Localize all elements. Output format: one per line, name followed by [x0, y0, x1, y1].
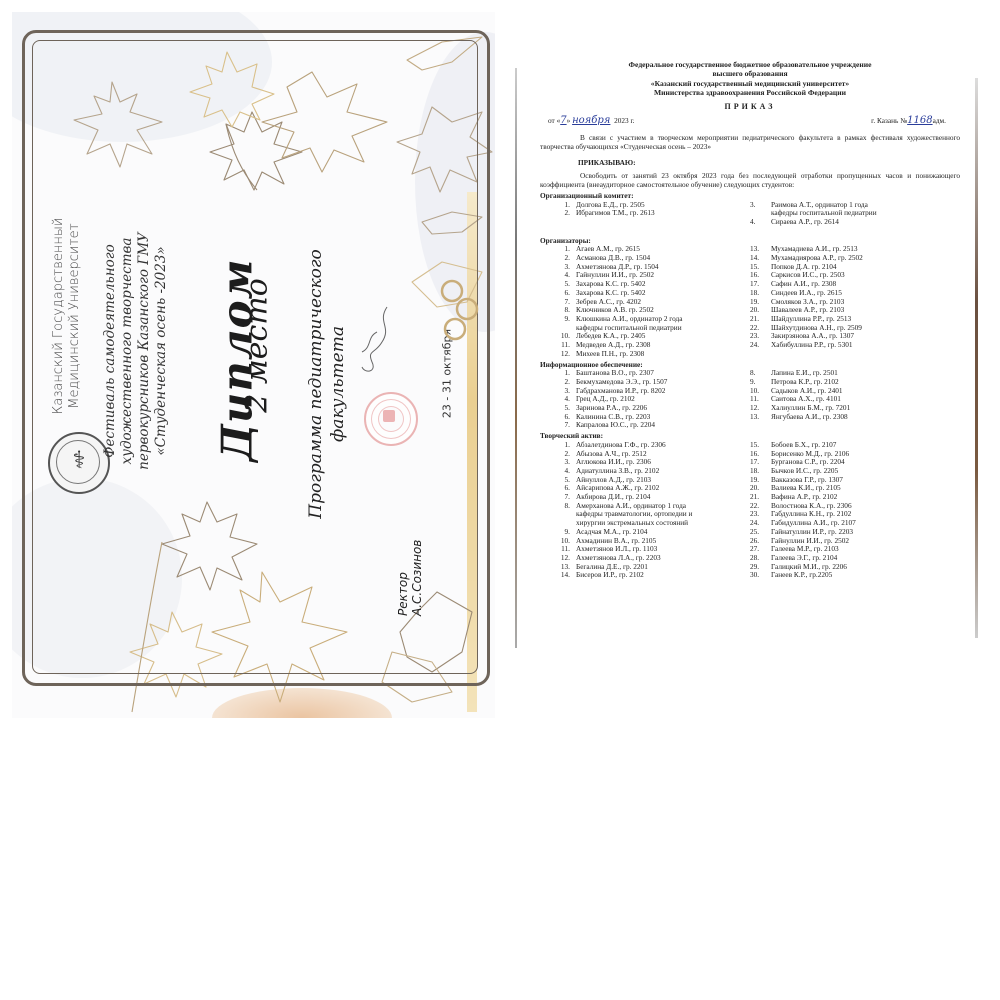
- list-item-number: 13.: [540, 563, 576, 572]
- student-column-left: 1.Баштанова В.О., гр. 23072.Бекмухамедов…: [540, 369, 750, 430]
- list-item-number: 3.: [540, 387, 576, 396]
- festival-line: Фестиваль самодеятельного: [102, 201, 119, 501]
- list-item: 2.Ибрагимов Т.М., гр. 2613: [540, 209, 750, 218]
- document-type: ПРИКАЗ: [540, 103, 960, 112]
- list-item-number: 2.: [540, 209, 576, 218]
- list-item-number: 5.: [540, 280, 576, 289]
- student-section: Творческий актив:1.Абзалетдинова Г.Ф., г…: [540, 432, 960, 580]
- ordering-heading: ПРИКАЗЫВАЮ:: [578, 159, 960, 168]
- list-item: 30.Ганеев К.Р., гр.2205: [750, 571, 960, 580]
- student-column-right: 15.Бобоев Б.Х., гр. 210716.Борисенко М.Д…: [750, 441, 960, 580]
- diploma-certificate: Казанский Государственный Медицинский Ун…: [12, 12, 495, 718]
- list-item: 11.Медведев А.Д., гр. 2308: [540, 341, 750, 350]
- program-name: Программа педиатрического факультета: [305, 234, 349, 534]
- program-line: факультета: [327, 234, 349, 534]
- list-item-text: Ганеев К.Р., гр.2205: [771, 571, 832, 580]
- list-item-number: 5.: [540, 476, 576, 485]
- university-name: Казанский Государственный Медицинский Ун…: [51, 186, 83, 446]
- list-item: 14.Бисеров И.Р., гр. 2102: [540, 571, 750, 580]
- list-item-number: 1.: [540, 369, 576, 378]
- list-item-number: 3.: [540, 458, 576, 467]
- list-item-number: 4.: [540, 395, 576, 404]
- date-year: 2023 г.: [614, 116, 634, 125]
- header-line: Федеральное государственное бюджетное об…: [540, 60, 960, 69]
- student-column-left: 1.Абзалетдинова Г.Ф., гр. 23062.Абызова …: [540, 441, 750, 580]
- student-column-right: 13.Мухамадиева А.И., гр. 251314.Мухамади…: [750, 245, 960, 358]
- list-item-text: Капралова Ю.С., гр. 2204: [576, 421, 655, 430]
- order-date-line: от «7» ноября 2023 г. г. Казань №1168адм…: [540, 115, 960, 129]
- list-item: 9.Клюшкина А.И., ординатор 2 года кафедр…: [540, 315, 750, 332]
- list-item-number: 2.: [540, 254, 576, 263]
- number-suffix: адм.: [933, 116, 946, 125]
- festival-line: первокурсников Казанского ГМУ: [136, 201, 153, 501]
- student-column-left: 1.Долгова Е.Д., гр. 25052.Ибрагимов Т.М.…: [540, 201, 750, 227]
- list-item-text: Ибрагимов Т.М., гр. 2613: [576, 209, 655, 218]
- list-item-number: 12.: [540, 554, 576, 563]
- list-item-number: 6.: [540, 484, 576, 493]
- list-item-text: Раимова А.Т., ординатор 1 года кафедры г…: [771, 201, 877, 218]
- list-item-number: 11.: [540, 545, 576, 554]
- list-item-number: 4.: [540, 271, 576, 280]
- section-columns: 1.Баштанова В.О., гр. 23072.Бекмухамедов…: [540, 369, 960, 430]
- list-item-number: 30.: [750, 571, 771, 580]
- list-item-number: 3.: [750, 201, 771, 218]
- list-item-number: 14.: [540, 571, 576, 580]
- rector-title: Ректор: [396, 516, 410, 616]
- festival-line: «Студенческая осень -2023»: [153, 201, 170, 501]
- list-item: 4.Гайнуллин И.И., гр. 2502: [540, 271, 750, 280]
- intro-paragraph: В связи с участием в творческом мероприя…: [540, 134, 960, 151]
- list-item-text: Амерханова А.И., ординатор 1 года кафедр…: [576, 502, 692, 528]
- list-item-number: 2.: [540, 378, 576, 387]
- student-sections: Организационный комитет:1.Долгова Е.Д., …: [540, 192, 960, 580]
- section-columns: 1.Агаев А.М., гр. 26152.Асманова Д.В., г…: [540, 245, 960, 358]
- list-item-number: 6.: [540, 289, 576, 298]
- signature-icon: [347, 302, 407, 382]
- list-item-number: 4.: [540, 467, 576, 476]
- page-edge: [975, 78, 978, 638]
- list-item-number: 6.: [540, 413, 576, 422]
- city-prefix: г. Казань №: [871, 116, 907, 125]
- list-item-number: 4.: [750, 218, 771, 227]
- list-item: 5.Захарова К.С. гр. 5402: [540, 280, 750, 289]
- section-columns: 1.Абзалетдинова Г.Ф., гр. 23062.Абызова …: [540, 441, 960, 580]
- order-number-value: 1168: [907, 115, 932, 126]
- list-item-number: 9.: [540, 315, 576, 332]
- institution-header: Федеральное государственное бюджетное об…: [540, 60, 960, 98]
- header-line: высшего образования: [540, 69, 960, 78]
- list-item: 6.Захарова К.С. гр. 5402: [540, 289, 750, 298]
- list-item: 12.Михеев П.Н., гр. 2308: [540, 350, 750, 359]
- list-item: 3.Раимова А.Т., ординатор 1 года кафедры…: [750, 201, 960, 218]
- list-item-text: Хабибуллина Р.Р., гр. 5301: [771, 341, 853, 350]
- list-item-number: 2.: [540, 450, 576, 459]
- list-item-number: 7.: [540, 421, 576, 430]
- student-column-right: 8.Лапина Е.И., гр. 25019.Петрова К.Р., г…: [750, 369, 960, 430]
- order-number: г. Казань №1168адм.: [871, 117, 946, 126]
- festival-name: Фестиваль самодеятельного художественног…: [102, 201, 170, 501]
- list-item-number: 1.: [540, 201, 576, 210]
- list-item-number: 24.: [750, 341, 771, 350]
- list-item: 4.Сираева А.Р., гр. 2614: [750, 218, 960, 227]
- list-item-number: 10.: [540, 332, 576, 341]
- list-item-number: 9.: [540, 528, 576, 537]
- date-month: ноября: [572, 115, 610, 126]
- university-name-line: Казанский Государственный: [51, 186, 67, 446]
- program-line: Программа педиатрического: [305, 234, 327, 534]
- list-item-number: 8.: [540, 306, 576, 315]
- list-item-number: 7.: [540, 493, 576, 502]
- list-item: 13.Янгубаева А.И., гр. 2308: [750, 413, 960, 422]
- rector-signature-block: Ректор А.С.Созинов: [396, 516, 424, 616]
- order-document: Федеральное государственное бюджетное об…: [518, 38, 975, 668]
- list-item-number: 1.: [540, 245, 576, 254]
- list-item-number: 8.: [540, 502, 576, 528]
- page-edge: [515, 68, 517, 648]
- spacer: [540, 227, 960, 235]
- award-place: 2 место: [240, 271, 275, 421]
- list-item-number: 11.: [540, 341, 576, 350]
- list-item-number: 3.: [540, 263, 576, 272]
- university-name-line: Медицинский Университет: [67, 186, 83, 446]
- list-item: 8.Амерханова А.И., ординатор 1 года кафе…: [540, 502, 750, 528]
- list-item-text: Янгубаева А.И., гр. 2308: [771, 413, 848, 422]
- header-line: Министерства здравоохранения Российской …: [540, 88, 960, 97]
- festival-line: художественного творчества: [119, 201, 136, 501]
- decorative-circles-icon: [437, 277, 482, 347]
- list-item: 7.Капралова Ю.С., гр. 2204: [540, 421, 750, 430]
- list-item-number: 10.: [540, 537, 576, 546]
- list-item-number: 13.: [750, 413, 771, 422]
- list-item-text: Клюшкина А.И., ординатор 2 года кафедры …: [576, 315, 683, 332]
- list-item-text: Сираева А.Р., гр. 2614: [771, 218, 839, 227]
- list-item-number: 5.: [540, 404, 576, 413]
- order-date: от «7» ноября 2023 г.: [548, 117, 635, 126]
- student-section: Организационный комитет:1.Долгова Е.Д., …: [540, 192, 960, 235]
- student-section: Организаторы:1.Агаев А.М., гр. 26152.Асм…: [540, 237, 960, 359]
- list-item-number: 12.: [540, 350, 576, 359]
- date-prefix: от «: [548, 116, 560, 125]
- section-columns: 1.Долгова Е.Д., гр. 25052.Ибрагимов Т.М.…: [540, 201, 960, 227]
- student-column-right: 3.Раимова А.Т., ординатор 1 года кафедры…: [750, 201, 960, 227]
- list-item-text: Михеев П.Н., гр. 2308: [576, 350, 644, 359]
- date-mid: »: [567, 116, 571, 125]
- student-column-left: 1.Агаев А.М., гр. 26152.Асманова Д.В., г…: [540, 245, 750, 358]
- list-item: 24.Хабибуллина Р.Р., гр. 5301: [750, 341, 960, 350]
- instruction-paragraph: Освободить от занятий 23 октября 2023 го…: [540, 172, 960, 189]
- student-section: Информационное обеспечение:1.Баштанова В…: [540, 361, 960, 431]
- list-item-number: 1.: [540, 441, 576, 450]
- list-item: 3.Габдрахманова И.Р., гр. 8202: [540, 387, 750, 396]
- list-item-text: Бисеров И.Р., гр. 2102: [576, 571, 644, 580]
- header-line: «Казанский государственный медицинский у…: [540, 79, 960, 88]
- stamp-seal-center: [383, 410, 395, 422]
- list-item: 13.Бегалина Д.Е., гр. 2201: [540, 563, 750, 572]
- rector-name: А.С.Созинов: [410, 516, 424, 616]
- list-item-number: 7.: [540, 298, 576, 307]
